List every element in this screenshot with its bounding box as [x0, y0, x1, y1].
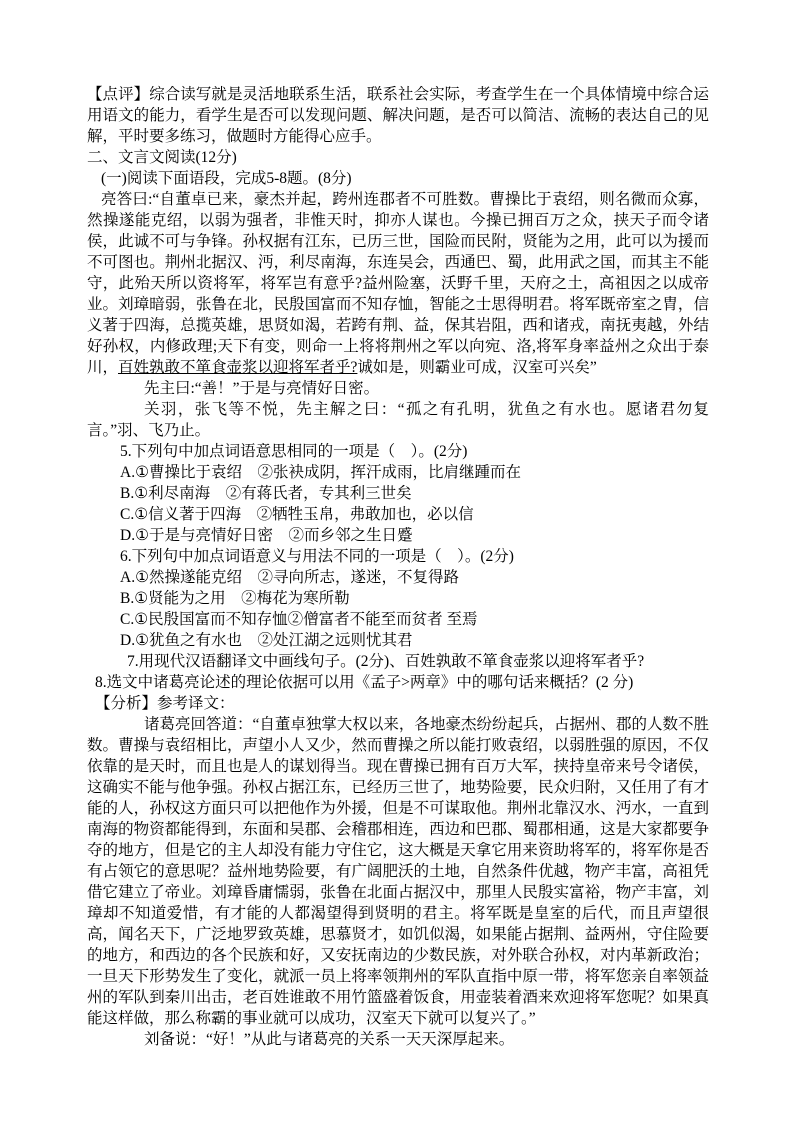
translation-paragraph-2: 刘备说：“好！”从此与诸葛亮的关系一天天深厚起来。	[87, 1029, 709, 1050]
question-5-option-b: B.①利尽南海 ②有蒋氏者，专其利三世矣	[87, 483, 709, 504]
passage-text-before-underline: 亮答曰:“自董卓已来，豪杰并起，跨州连郡者不可胜数。曹操比于袁绍，则名微而众寡，…	[87, 191, 709, 376]
comment-paragraph: 【点评】综合读写就是灵活地联系生活，联系社会实际，考查学生在一个具体情境中综合运…	[87, 84, 709, 147]
question-8-stem: 8.选文中诸葛亮论述的理论依据可以用《孟子>两章》中的哪句话来概括？(2 分)	[87, 672, 709, 693]
question-6-option-a: A.①然操遂能克绍 ②寻向所志，遂迷，不复得路	[87, 567, 709, 588]
underlined-sentence: 百姓孰敢不箪食壶浆以迎将军者乎?	[118, 359, 357, 376]
question-5-option-a: A.①曹操比于袁绍 ②张袂成阴，挥汗成雨，比肩继踵而在	[87, 462, 709, 483]
translation-paragraph-1: 诸葛亮回答道：“自董卓独掌大权以来，各地豪杰纷纷起兵，占据州、郡的人数不胜数。曹…	[87, 714, 709, 1029]
question-5-option-c: C.①信义著于四海 ②牺牲玉帛，弗敢加也，必以信	[87, 504, 709, 525]
document-page: 【点评】综合读写就是灵活地联系生活，联系社会实际，考查学生在一个具体情境中综合运…	[87, 84, 709, 1050]
passage-paragraph-3: 关羽，张飞等不悦，先主解之曰：“孤之有孔明，犹鱼之有水也。愿诸君勿复言。”羽、飞…	[87, 399, 709, 441]
question-6-option-c: C.①民殷国富而不知存恤②僧富者不能至而贫者 至焉	[87, 609, 709, 630]
passage-paragraph-2: 先主曰:“善！”于是与亮情好日密。	[87, 378, 709, 399]
section-heading: 二、文言文阅读(12分)	[87, 147, 709, 168]
passage-text-after-underline: 诚如是，则霸业可成，汉室可兴矣”	[357, 359, 596, 376]
question-7-stem: 7.用现代汉语翻译文中画线句子。(2分)、百姓孰敢不箪食壶浆以迎将军者乎?	[87, 651, 709, 672]
question-5-option-d: D.①于是与亮情好日密 ②而乡邻之生日蹙	[87, 525, 709, 546]
question-6-option-b: B.①贤能为之用 ②梅花为寒所勒	[87, 588, 709, 609]
question-6-option-d: D.①犹鱼之有水也 ②处江湖之远则忧其君	[87, 630, 709, 651]
question-5-stem: 5.下列句中加点词语意思相同的一项是（ ）。(2分)	[87, 441, 709, 462]
question-6-stem: 6.下列句中加点词语意义与用法不同的一项是（ ）。(2分)	[87, 546, 709, 567]
passage-paragraph-1: 亮答曰:“自董卓已来，豪杰并起，跨州连郡者不可胜数。曹操比于袁绍，则名微而众寡，…	[87, 189, 709, 378]
analysis-label: 【分析】参考译文：	[87, 693, 709, 714]
subsection-heading: (一)阅读下面语段，完成5-8题。(8分)	[87, 168, 709, 189]
